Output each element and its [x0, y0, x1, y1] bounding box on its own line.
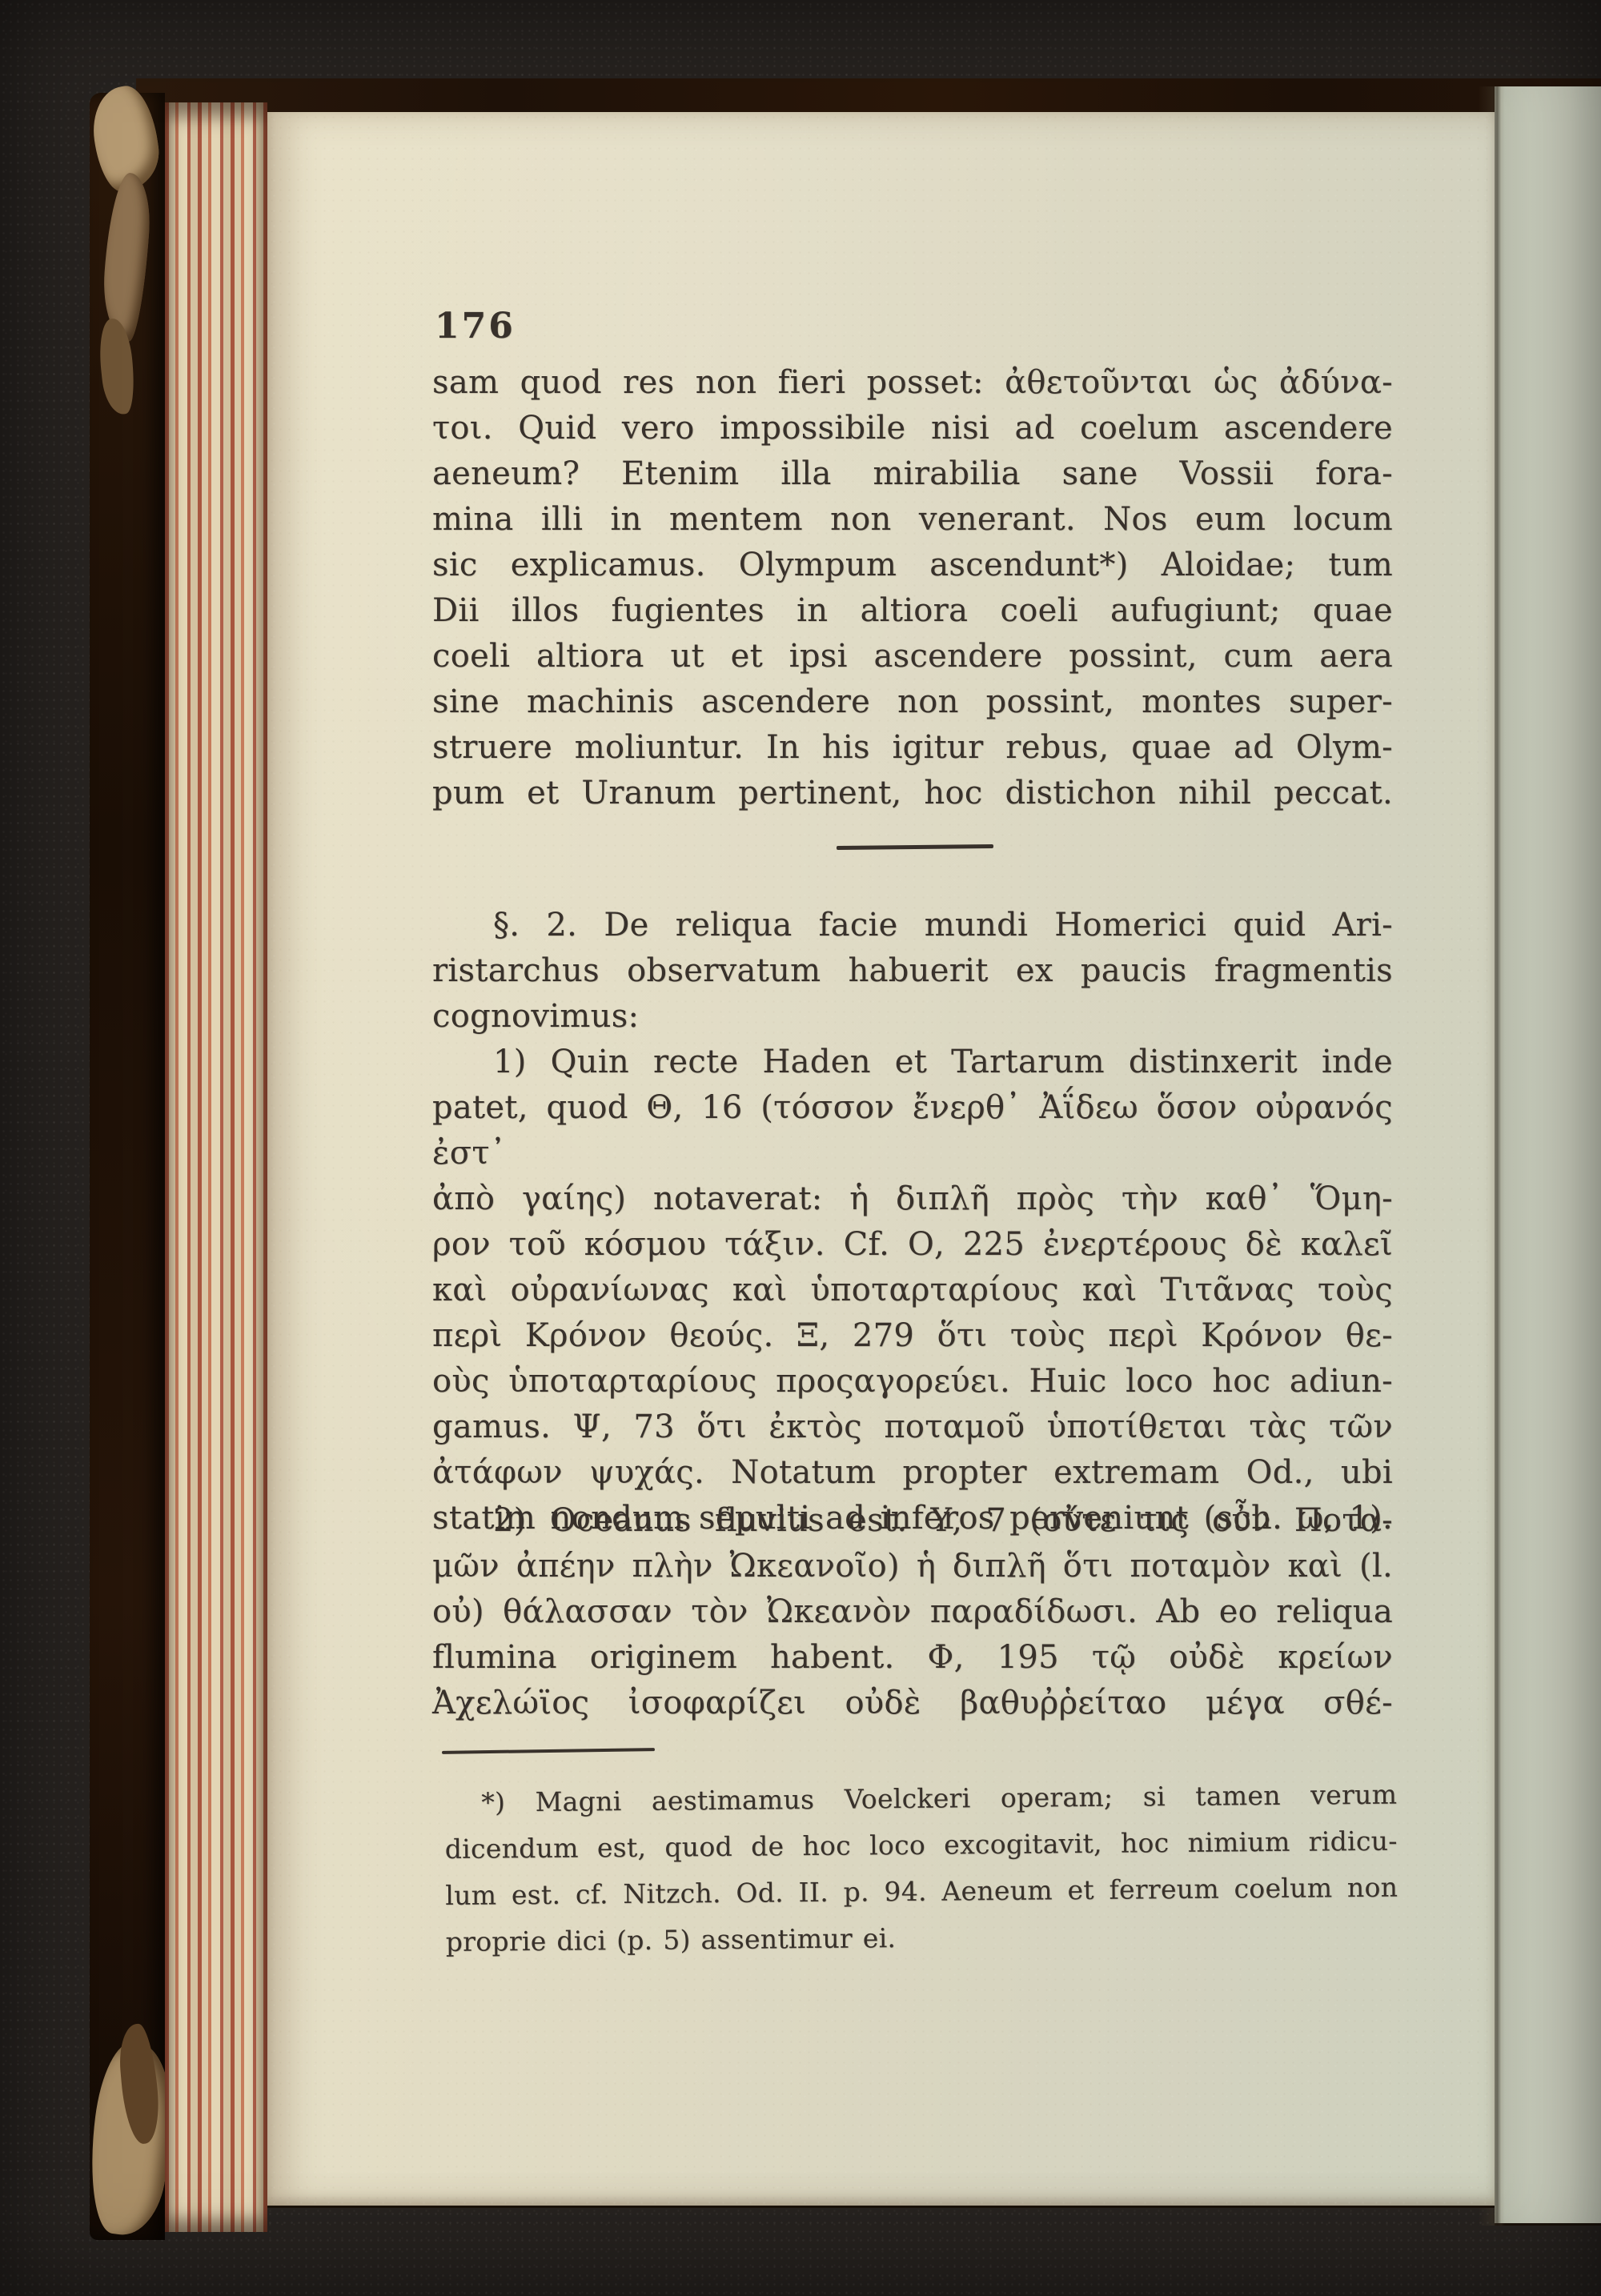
text-line: οὐ) θάλασσαν τὸν Ὠκεανὸν παραδίδωσι. Ab …: [432, 1589, 1393, 1635]
text-line: τοι. Quid vero impossibile nisi ad coelu…: [432, 406, 1393, 451]
text-line: μῶν ἀπέην πλὴν Ὠκεανοῖο) ἡ διπλῆ ὅτι ποτ…: [432, 1544, 1393, 1589]
footnote-separator-rule: [442, 1748, 655, 1754]
footnote-line: *) Magni aestimamus Voelckeri operam; si…: [444, 1772, 1397, 1826]
page-content: 176 sam quod res non fieri posset: ἀθετο…: [0, 0, 1601, 2296]
text-line: mina illi in mentem non venerant. Nos eu…: [432, 497, 1393, 543]
text-line: ristarchus observatum habuerit ex paucis…: [432, 948, 1393, 994]
text-line: sine machinis ascendere non possint, mon…: [432, 679, 1393, 725]
text-line: 1) Quin recte Haden et Tartarum distinxe…: [432, 1040, 1393, 1085]
scanned-book-photo: 176 sam quod res non fieri posset: ἀθετο…: [0, 0, 1601, 2296]
footnote-line: dicendum est, quod de hoc loco excogitav…: [444, 1818, 1397, 1873]
text-line: ἀπὸ γαίης) notaverat: ἡ διπλῆ πρὸς τὴν κ…: [432, 1176, 1393, 1222]
page-number: 176: [435, 306, 516, 347]
text-line: struere moliuntur. In his igitur rebus, …: [432, 725, 1393, 771]
footnote-line: proprie dici (p. 5) assentimur ei.: [446, 1911, 1398, 1965]
numbered-item-1: 1) Quin recte Haden et Tartarum distinxe…: [432, 1040, 1393, 1541]
text-line: sic explicamus. Olympum ascendunt*) Aloi…: [432, 543, 1393, 588]
text-line: gamus. Ψ, 73 ὅτι ἐκτὸς ποταμοῦ ὑποτίθετα…: [432, 1404, 1393, 1450]
text-line: sam quod res non fieri posset: ἀθετοῦντα…: [432, 360, 1393, 406]
text-line: flumina originem habent. Φ, 195 τῷ οὐδὲ …: [432, 1635, 1393, 1681]
footnote-line: lum est. cf. Nitzch. Od. II. p. 94. Aene…: [445, 1865, 1398, 1919]
text-line: coeli altiora ut et ipsi ascendere possi…: [432, 634, 1393, 679]
text-line: 2) Oceanus fluvius est. Υ, 7 (οὔτε τις ο…: [432, 1498, 1393, 1544]
text-line: aeneum? Etenim illa mirabilia sane Vossi…: [432, 451, 1393, 497]
text-line: καὶ οὐρανίωνας καὶ ὑποταρταρίους καὶ Τιτ…: [432, 1268, 1393, 1313]
text-line: patet, quod Θ, 16 (τόσσον ἔνερθ᾽ Ἀΐδεω ὅ…: [432, 1085, 1393, 1176]
paragraph-opening: sam quod res non fieri posset: ἀθετοῦντα…: [432, 360, 1393, 816]
text-line: ἀτάφων ψυχάς. Notatum propter extremam O…: [432, 1450, 1393, 1496]
text-line: ρον τοῦ κόσμου τάξιν. Cf. Ο, 225 ἐνερτέρ…: [432, 1222, 1393, 1268]
text-line: §. 2. De reliqua facie mundi Homerici qu…: [432, 903, 1393, 948]
text-line: Ἀχελώϊος ἰσοφαρίζει οὐδὲ βαθυῤῥείταο μέγ…: [432, 1681, 1393, 1726]
section-2-intro: §. 2. De reliqua facie mundi Homerici qu…: [432, 903, 1393, 1040]
text-line: pum et Uranum pertinent, hoc distichon n…: [432, 771, 1393, 816]
numbered-item-2: 2) Oceanus fluvius est. Υ, 7 (οὔτε τις ο…: [432, 1498, 1393, 1726]
text-line: Dii illos fugientes in altiora coeli auf…: [432, 588, 1393, 634]
section-divider-rule: [837, 844, 993, 850]
text-line: οὺς ὑποταρταρίους προςαγορεύει. Huic loc…: [432, 1359, 1393, 1404]
text-line: cognovimus:: [432, 994, 1393, 1040]
footnote: *) Magni aestimamus Voelckeri operam; si…: [444, 1772, 1398, 1965]
text-line: περὶ Κρόνον θεούς. Ξ, 279 ὅτι τοὺς περὶ …: [432, 1313, 1393, 1359]
